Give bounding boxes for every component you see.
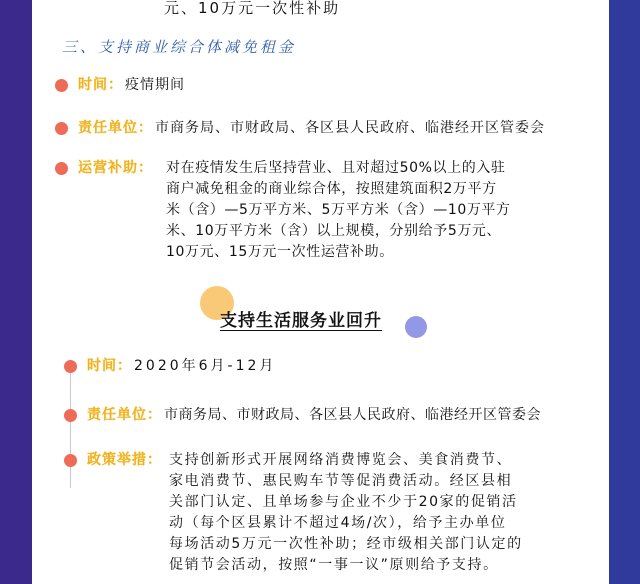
- paragraph-line: 每场活动5万元一次性补助；经市级相关部门认定的: [169, 534, 523, 555]
- item-label: 时间：: [78, 75, 123, 95]
- item-paragraph: 对在疫情发生后坚持营业、且对超过50%以上的入驻 商户减免租金的商业综合体，按照…: [166, 158, 511, 263]
- paragraph-line: 促销节会活动，按照“一事一议”原则给予支持。: [169, 555, 523, 576]
- item-value: 市商务局、市财政局、各区县人民政府、临港经开区管委会: [155, 118, 545, 138]
- item-label: 责任单位：: [87, 405, 162, 425]
- section-heading: 支持生活服务业回升: [220, 306, 382, 331]
- paragraph-line: 米、10万平方米（含）以上规模，分别给予5万元、: [166, 221, 511, 242]
- paragraph-line: 10万元、15万元一次性运营补助。: [166, 242, 511, 263]
- item-policy-measures: 政策举措： 支持创新形式开展网络消费博览会、美食消费节、 家电消费节、惠民购车节…: [64, 450, 523, 576]
- item-operating-subsidy: 运营补助： 对在疫情发生后坚持营业、且对超过50%以上的入驻 商户减免租金的商业…: [55, 158, 511, 263]
- item-label: 责任单位：: [78, 118, 153, 138]
- bullet-dot-icon: [55, 122, 68, 135]
- paragraph-line: 家电消费节、惠民购车节等促消费活动。经区县相: [169, 471, 523, 492]
- bullet-dot-icon: [64, 454, 77, 467]
- item-responsible-unit: 责任单位： 市商务局、市财政局、各区县人民政府、临港经开区管委会: [55, 118, 545, 138]
- bullet-dot-icon: [64, 409, 77, 422]
- paragraph-line: 支持创新形式开展网络消费博览会、美食消费节、: [169, 450, 523, 471]
- item-value: 2020年6月-12月: [134, 356, 276, 376]
- carryover-text: 元、10万元一次性补助: [164, 0, 340, 16]
- paragraph-line: 对在疫情发生后坚持营业、且对超过50%以上的入驻: [166, 158, 511, 179]
- item-label: 运营补助：: [78, 158, 160, 178]
- item-label: 政策举措：: [87, 450, 171, 470]
- item-time: 时间： 疫情期间: [55, 75, 185, 95]
- item-label: 时间：: [87, 356, 132, 376]
- paragraph-line: 商户减免租金的商业综合体，按照建筑面积2万平方: [166, 179, 511, 200]
- decorative-circle-blue: [405, 316, 427, 338]
- item-value: 疫情期间: [125, 75, 185, 95]
- item-value: 市商务局、市财政局、各区县人民政府、临港经开区管委会: [164, 405, 541, 425]
- item-paragraph: 支持创新形式开展网络消费博览会、美食消费节、 家电消费节、惠民购车节等促消费活动…: [169, 450, 523, 576]
- paragraph-line: 关部门认定、且单场参与企业不少于20家的促销活: [169, 492, 523, 513]
- section-title: 三、支持商业综合体减免租金: [62, 36, 296, 57]
- item-time: 时间： 2020年6月-12月: [64, 356, 276, 376]
- bullet-dot-icon: [64, 360, 77, 373]
- item-responsible-unit: 责任单位： 市商务局、市财政局、各区县人民政府、临港经开区管委会: [64, 405, 541, 425]
- paragraph-line: 动（每个区县累计不超过4场/次），给予主办单位: [169, 513, 523, 534]
- paragraph-line: 米（含）—5万平方米、5万平方米（含）—10万平方: [166, 200, 511, 221]
- bullet-dot-icon: [55, 79, 68, 92]
- bullet-dot-icon: [55, 162, 68, 175]
